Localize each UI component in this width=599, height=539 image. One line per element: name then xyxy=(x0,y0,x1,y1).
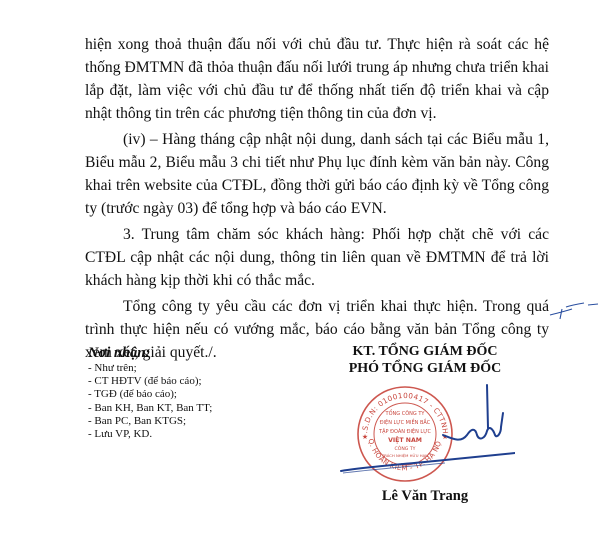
signer-name: Lê Văn Trang xyxy=(340,488,510,505)
document-body: hiện xong thoả thuận đấu nối với chủ đầu… xyxy=(85,33,549,364)
paragraph-customer-care: 3. Trung tâm chăm sóc khách hàng: Phối h… xyxy=(85,223,549,292)
handwritten-signature-icon xyxy=(335,383,515,483)
recipients-heading: Nơi nhận: xyxy=(88,345,212,361)
paragraph-item-iv: (iv) – Hàng tháng cập nhật nội dung, dan… xyxy=(85,128,549,220)
signature-title-line1: KT. TỔNG GIÁM ĐỐC xyxy=(325,343,525,360)
signature-title-line2: PHÓ TỔNG GIÁM ĐỐC xyxy=(325,360,525,377)
recipient-item: - Như trên; xyxy=(88,362,212,375)
recipient-item: - Ban KH, Ban KT, Ban TT; xyxy=(88,402,212,415)
recipient-item: - Lưu VP, KD. xyxy=(88,428,212,441)
paragraph-continuation: hiện xong thoả thuận đấu nối với chủ đầu… xyxy=(85,33,549,125)
recipient-item: - Ban PC, Ban KTGS; xyxy=(88,415,212,428)
initials-mark-icon xyxy=(548,295,599,325)
signature-block: KT. TỔNG GIÁM ĐỐC PHÓ TỔNG GIÁM ĐỐC xyxy=(325,343,525,377)
recipients-list: Nơi nhận: - Như trên; - CT HĐTV (để báo … xyxy=(88,345,212,441)
recipient-item: - CT HĐTV (để báo cáo); xyxy=(88,375,212,388)
recipient-item: - TGĐ (để báo cáo); xyxy=(88,388,212,401)
